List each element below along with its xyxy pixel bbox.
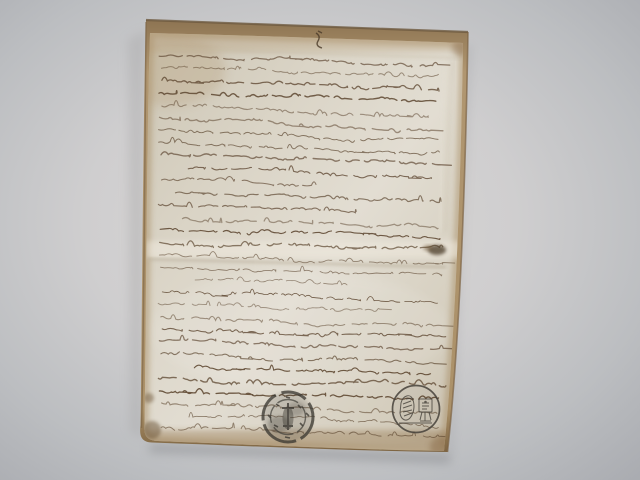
engraved-round-stamp (393, 386, 440, 433)
inked-round-stamp (263, 392, 313, 442)
photo-stage (0, 0, 640, 480)
manuscript-photo (0, 0, 640, 480)
